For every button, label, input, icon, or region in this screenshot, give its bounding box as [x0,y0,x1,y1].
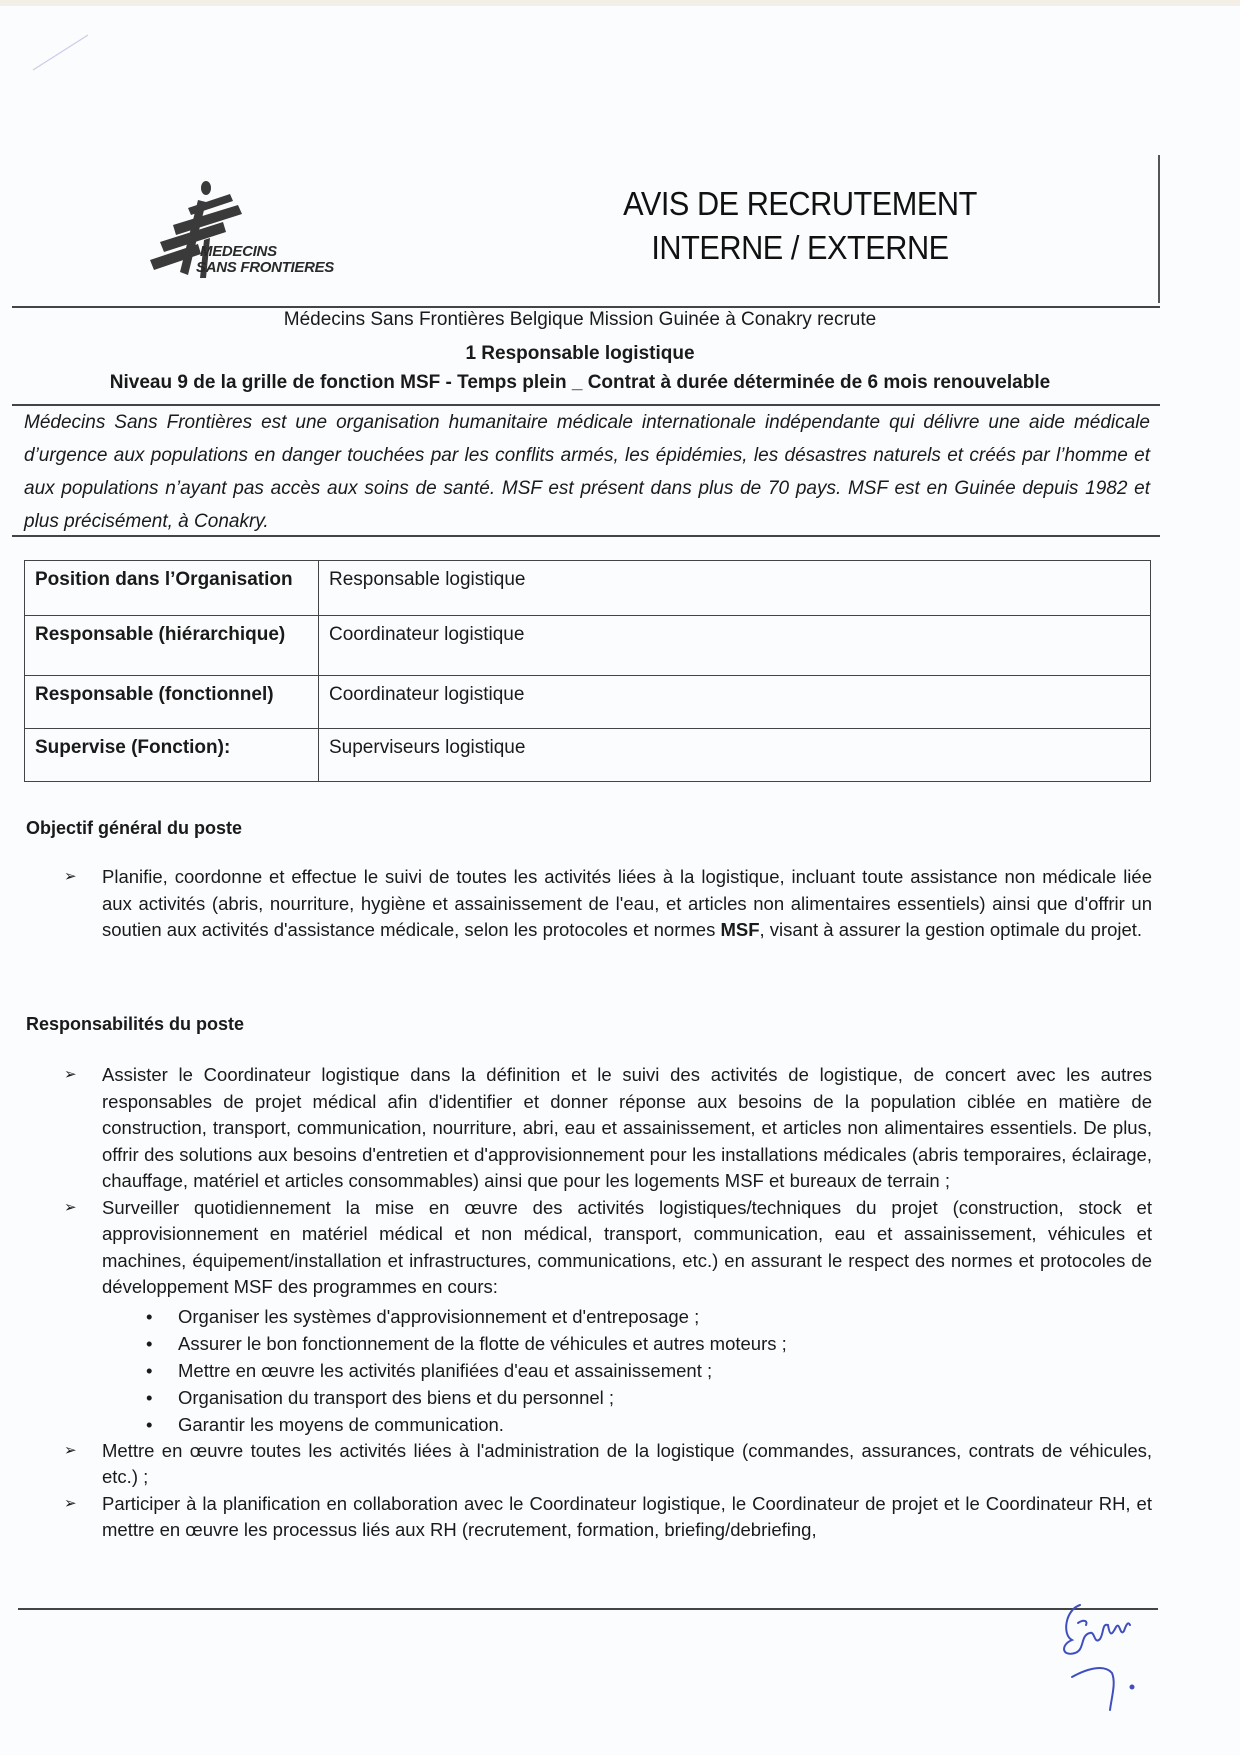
sub-item-text: Assurer le bon fonctionnement de la flot… [178,1333,787,1354]
contract-level-line: Niveau 9 de la grille de fonction MSF - … [0,372,1160,394]
responsibility-text: Participer à la planification en collabo… [102,1493,1152,1541]
sub-item-text: Garantir les moyens de communication. [178,1414,504,1435]
arrow-bullet-icon: ➢ [64,864,77,891]
signature-icon [1050,1595,1160,1715]
table-value: Responsable logistique [319,561,1151,616]
responsibility-text: Assister le Coordinateur logistique dans… [102,1064,1152,1191]
table-row: Responsable (hiérarchique) Coordinateur … [25,616,1151,676]
table-label: Responsable (fonctionnel) [25,676,319,729]
bullet-icon: • [146,1357,152,1384]
sub-list-item: •Assurer le bon fonctionnement de la flo… [102,1330,1152,1357]
table-value: Coordinateur logistique [319,676,1151,729]
position-info-table: Position dans l’Organisation Responsable… [24,560,1151,782]
post-title: 1 Responsable logistique [0,343,1160,365]
arrow-bullet-icon: ➢ [64,1491,77,1518]
header-divider [12,306,1160,308]
objective-list: ➢ Planifie, coordonne et effectue le sui… [60,864,1152,944]
title-line-1: AVIS DE RECRUTEMENT [577,182,1023,226]
sub-list-item: •Organiser les systèmes d'approvisionnem… [102,1303,1152,1330]
arrow-bullet-icon: ➢ [64,1062,77,1089]
responsibilities-list: ➢ Assister le Coordinateur logistique da… [60,1062,1152,1544]
logo-wordmark: MEDECINS SANS FRONTIERES [200,244,334,276]
objective-heading: Objectif général du poste [26,818,242,839]
intro-divider [12,535,1160,537]
table-label: Responsable (hiérarchique) [25,616,319,676]
table-row: Responsable (fonctionnel) Coordinateur l… [25,676,1151,729]
intro-paragraph: Médecins Sans Frontières est une organis… [24,406,1150,538]
scan-top-edge [0,0,1240,6]
header-border-right [1158,155,1160,303]
page-title: AVIS DE RECRUTEMENT INTERNE / EXTERNE [577,182,1023,270]
table-value: Coordinateur logistique [319,616,1151,676]
sub-item-text: Mettre en œuvre les activités planifiées… [178,1360,712,1381]
table-value: Superviseurs logistique [319,729,1151,782]
sub-list-item: •Garantir les moyens de communication. [102,1411,1152,1438]
sub-list-item: •Organisation du transport des biens et … [102,1384,1152,1411]
table-row: Supervise (Fonction): Superviseurs logis… [25,729,1151,782]
list-item: ➢ Mettre en œuvre toutes les activités l… [60,1438,1152,1491]
objective-text-end: , visant à assurer la gestion optimale d… [760,919,1143,940]
logo-line-1: MEDECINS [200,244,334,260]
pen-mark [28,30,98,75]
list-item: ➢ Assister le Coordinateur logistique da… [60,1062,1152,1195]
footer-divider [18,1608,1158,1610]
table-label: Supervise (Fonction): [25,729,319,782]
sub-item-text: Organisation du transport des biens et d… [178,1387,614,1408]
list-item: ➢ Planifie, coordonne et effectue le sui… [60,864,1152,944]
sub-list: •Organiser les systèmes d'approvisionnem… [102,1303,1152,1438]
organization-line: Médecins Sans Frontières Belgique Missio… [0,309,1160,331]
logo-line-2: SANS FRONTIERES [196,260,334,276]
sub-item-text: Organiser les systèmes d'approvisionneme… [178,1306,699,1327]
table-row: Position dans l’Organisation Responsable… [25,561,1151,616]
bullet-icon: • [146,1384,152,1411]
responsibility-text: Surveiller quotidiennement la mise en œu… [102,1197,1152,1298]
responsibilities-heading: Responsabilités du poste [26,1014,244,1035]
arrow-bullet-icon: ➢ [64,1195,77,1222]
bullet-icon: • [146,1330,152,1357]
title-line-2: INTERNE / EXTERNE [577,226,1023,270]
sub-list-item: •Mettre en œuvre les activités planifiée… [102,1357,1152,1384]
list-item: ➢ Surveiller quotidiennement la mise en … [60,1195,1152,1438]
bullet-icon: • [146,1411,152,1438]
table-label: Position dans l’Organisation [25,561,319,616]
bullet-icon: • [146,1303,152,1330]
list-item: ➢ Participer à la planification en colla… [60,1491,1152,1544]
arrow-bullet-icon: ➢ [64,1438,77,1465]
responsibility-text: Mettre en œuvre toutes les activités lié… [102,1440,1152,1488]
objective-bold-text: MSF [720,919,759,940]
